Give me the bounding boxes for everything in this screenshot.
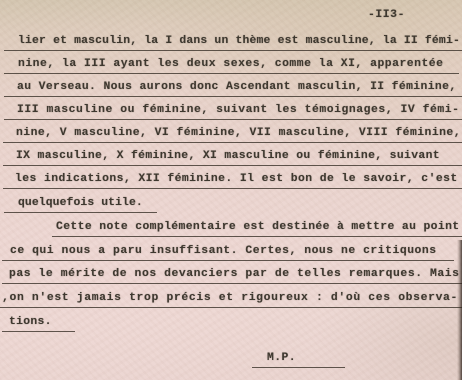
- text-line-5: nine, V masculine, VI féminine, VII masc…: [3, 125, 462, 143]
- text-line-9-indented-paragraph-start: Cette note complémentaire est destinée à…: [52, 219, 462, 237]
- text-line-1: lier et masculin, la I dans un thème est…: [4, 33, 462, 51]
- paper-edge-shadow: [457, 240, 462, 380]
- signature-initials: M.P.: [252, 350, 345, 368]
- text-line-7: les indications, XII féminine. Il est bo…: [3, 171, 462, 189]
- text-line-6: IX masculine, X féminine, XI masculine o…: [3, 148, 462, 166]
- text-line-10: ce qui nous a paru insuffisant. Certes, …: [2, 243, 454, 261]
- text-line-8: quelquefois utile.: [4, 195, 157, 213]
- text-line-4: III masculine ou féminine, suivant les t…: [4, 102, 462, 120]
- text-line-12: ,on n'est jamais trop précis et rigoureu…: [0, 290, 462, 308]
- text-line-2: nine, la III ayant les deux sexes, comme…: [4, 56, 459, 74]
- text-line-11: pas le mérite de nos devanciers par de t…: [2, 266, 462, 284]
- text-line-3: au Verseau. Nous aurons donc Ascendant m…: [4, 79, 462, 97]
- text-line-13: tions.: [2, 314, 75, 332]
- scanned-document-page: -II3- lier et masculin, la I dans un thè…: [0, 0, 462, 380]
- page-number: -II3-: [368, 9, 405, 21]
